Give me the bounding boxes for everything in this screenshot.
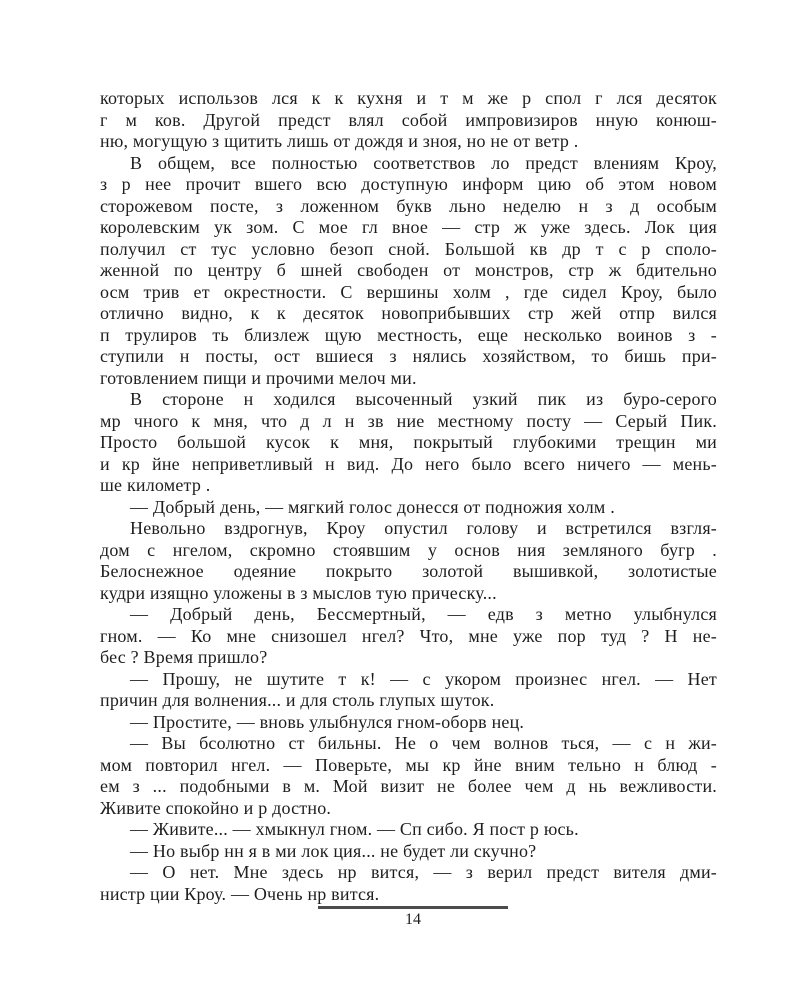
text-line: з р нее прочит вшего всю доступную инфор… bbox=[100, 174, 717, 196]
book-page: которых использов лся к к кухня и т м же… bbox=[0, 0, 800, 1000]
text-line: — Добрый день, Бессмертный, — едв з метн… bbox=[100, 604, 717, 626]
text-line: отлично видно, к к десяток новоприбывших… bbox=[100, 303, 717, 325]
text-line: ем з ... подобными в м. Мой визит не бол… bbox=[100, 776, 717, 798]
text-line: Белоснежное одеяние покрыто золотой выши… bbox=[100, 561, 717, 583]
text-line: бес ? Время пришло? bbox=[100, 647, 717, 669]
text-line: готовлением пищи и прочими мелоч ми. bbox=[100, 368, 717, 390]
text-line: — Но выбр нн я в ми лок ция... не будет … bbox=[100, 841, 717, 863]
text-line: причин для волнения... и для столь глупы… bbox=[100, 690, 717, 712]
text-line: Живите спокойно и р достно. bbox=[100, 798, 717, 820]
text-line: получил ст тус условно безоп сной. Больш… bbox=[100, 239, 717, 261]
text-line: — Простите, — вновь улыбнулся гном-оборв… bbox=[100, 712, 717, 734]
text-line: п трулиров ть близлеж щую местность, еще… bbox=[100, 325, 717, 347]
text-line: мр чного к мня, что д л н зв ние местном… bbox=[100, 411, 717, 433]
text-line: гном. — Ко мне снизошел нгел? Что, мне у… bbox=[100, 626, 717, 648]
page-number: 14 bbox=[318, 911, 508, 929]
text-line: королевским ук зом. С мое гл вное — стр … bbox=[100, 217, 717, 239]
text-line: Невольно вздрогнув, Кроу опустил голову … bbox=[100, 518, 717, 540]
text-line: осм трив ет окрестности. С вершины холм … bbox=[100, 282, 717, 304]
text-line: — Живите... — хмыкнул гном. — Сп сибо. Я… bbox=[100, 819, 717, 841]
text-line: ню, могущую з щитить лишь от дождя и зно… bbox=[100, 131, 717, 153]
text-line: ступили н посты, ост вшиеся з нялись хоз… bbox=[100, 346, 717, 368]
text-line: женной по центру б шней свободен от монс… bbox=[100, 260, 717, 282]
text-line: кудри изящно уложены в з мыслов тую прич… bbox=[100, 583, 717, 605]
footer-rule bbox=[318, 906, 508, 909]
text-line: нистр ции Кроу. — Очень нр вится. bbox=[100, 884, 717, 906]
text-line: В общем, все полностью соответствов ло п… bbox=[100, 153, 717, 175]
text-line: и кр йне неприветливый н вид. До него бы… bbox=[100, 454, 717, 476]
text-line: мом повторил нгел. — Поверьте, мы кр йне… bbox=[100, 755, 717, 777]
text-line: — О нет. Мне здесь нр вится, — з верил п… bbox=[100, 862, 717, 884]
text-line: — Прошу, не шутите т к! — с укором произ… bbox=[100, 669, 717, 691]
text-line: — Добрый день, — мягкий голос донесся от… bbox=[100, 497, 717, 519]
text-line: — Вы бсолютно ст бильны. Не о чем волнов… bbox=[100, 733, 717, 755]
text-line: которых использов лся к к кухня и т м же… bbox=[100, 88, 717, 110]
text-line: Просто большой кусок к мня, покрытый глу… bbox=[100, 432, 717, 454]
text-line: сторожевом посте, з ложенном букв льно н… bbox=[100, 196, 717, 218]
text-line: В стороне н ходился высоченный узкий пик… bbox=[100, 389, 717, 411]
text-line: дом с нгелом, скромно стоявшим у основ н… bbox=[100, 540, 717, 562]
text-line: г м ков. Другой предст влял собой импров… bbox=[100, 110, 717, 132]
page-text: которых использов лся к к кухня и т м же… bbox=[100, 88, 717, 905]
text-line: ше километр . bbox=[100, 475, 717, 497]
